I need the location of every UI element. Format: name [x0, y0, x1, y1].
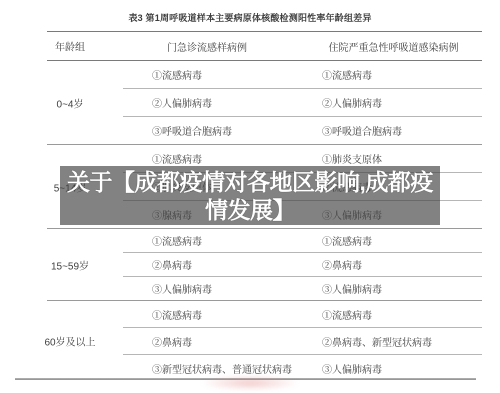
- inpatient-pathogen-cell: ②鼻病毒、新型冠状病毒: [291, 334, 482, 349]
- table-row: ①流感病毒 ①流感病毒: [123, 229, 482, 252]
- age-group-15-59: 15~59岁 ①流感病毒 ①流感病毒 ②鼻病毒 ②鼻病毒 ③人偏肺病毒 ③人偏肺…: [47, 229, 482, 301]
- outpatient-pathogen-cell: ①流感病毒: [123, 307, 291, 322]
- outpatient-pathogen-cell: ②人偏肺病毒: [123, 95, 291, 110]
- table-bottom-rule: [15, 378, 476, 380]
- table-row: ③人偏肺病毒 ③人偏肺病毒: [123, 276, 482, 300]
- table-row: ②人偏肺病毒 ②人偏肺病毒: [123, 88, 482, 116]
- outpatient-pathogen-cell: ①流感病毒: [123, 233, 291, 248]
- table-header-row: 年龄组 门急诊流感样病例 住院严重急性呼吸道感染病例: [47, 32, 482, 61]
- inpatient-pathogen-cell: ①流感病毒: [291, 67, 482, 82]
- inpatient-pathogen-cell: ②人偏肺病毒: [291, 95, 482, 110]
- inpatient-pathogen-cell: ③人偏肺病毒: [291, 281, 482, 296]
- inpatient-pathogen-cell: ①肺炎支原体: [291, 151, 482, 166]
- overlay-title-line2: 情发展】: [205, 196, 295, 224]
- header-inpatient-column: 住院严重急性呼吸道感染病例: [291, 39, 482, 54]
- outpatient-pathogen-cell: ①流感病毒: [123, 151, 291, 166]
- age-label: 60岁及以上: [47, 301, 123, 381]
- outpatient-pathogen-cell: ③呼吸道合胞病毒: [123, 123, 291, 138]
- table-row: ②鼻病毒 ②鼻病毒: [123, 252, 482, 276]
- outpatient-pathogen-cell: ③人偏肺病毒: [123, 281, 291, 296]
- outpatient-pathogen-cell: ③新型冠状病毒、普通冠状病毒: [123, 361, 291, 376]
- outpatient-pathogen-cell: ②鼻病毒: [123, 334, 291, 349]
- outpatient-pathogen-cell: ①流感病毒: [123, 67, 291, 82]
- age-group-60-plus: 60岁及以上 ①流感病毒 ①流感病毒 ②鼻病毒 ②鼻病毒、新型冠状病毒 ③新型冠…: [47, 301, 482, 381]
- inpatient-pathogen-cell: ①流感病毒: [291, 233, 482, 248]
- overlay-title-line1: 关于【成都疫情对各地区影响,成都疫: [67, 168, 433, 196]
- inpatient-pathogen-cell: ③人偏肺病毒: [291, 361, 482, 376]
- inpatient-pathogen-cell: ②鼻病毒: [291, 257, 482, 272]
- header-age-label: 年龄组: [55, 39, 85, 54]
- table-row: ①流感病毒 ①流感病毒: [123, 61, 482, 88]
- header-outpatient-column: 门急诊流感样病例: [123, 39, 291, 54]
- page-root: 表3 第1周呼吸道样本主要病原体核酸检测阳性率年龄组差异 年龄组 门急诊流感样病…: [0, 0, 500, 393]
- table-row: ①流感病毒 ①流感病毒: [123, 301, 482, 327]
- inpatient-pathogen-cell: ③呼吸道合胞病毒: [291, 123, 482, 138]
- outpatient-pathogen-cell: ②鼻病毒: [123, 257, 291, 272]
- table-row: ②鼻病毒 ②鼻病毒、新型冠状病毒: [123, 327, 482, 354]
- age-label: 0~4岁: [47, 61, 123, 144]
- overlay-banner: 关于【成都疫情对各地区影响,成都疫 情发展】: [60, 166, 440, 225]
- inpatient-pathogen-cell: ①流感病毒: [291, 307, 482, 322]
- table-title: 表3 第1周呼吸道样本主要病原体核酸检测阳性率年龄组差异: [0, 11, 500, 24]
- age-label: 15~59岁: [47, 229, 123, 300]
- table-row: ③呼吸道合胞病毒 ③呼吸道合胞病毒: [123, 116, 482, 144]
- header-age-column: 年龄组: [47, 32, 123, 60]
- age-group-0-4: 0~4岁 ①流感病毒 ①流感病毒 ②人偏肺病毒 ②人偏肺病毒 ③呼吸道合胞病毒 …: [47, 61, 482, 145]
- table-row: ③新型冠状病毒、普通冠状病毒 ③人偏肺病毒: [123, 354, 482, 381]
